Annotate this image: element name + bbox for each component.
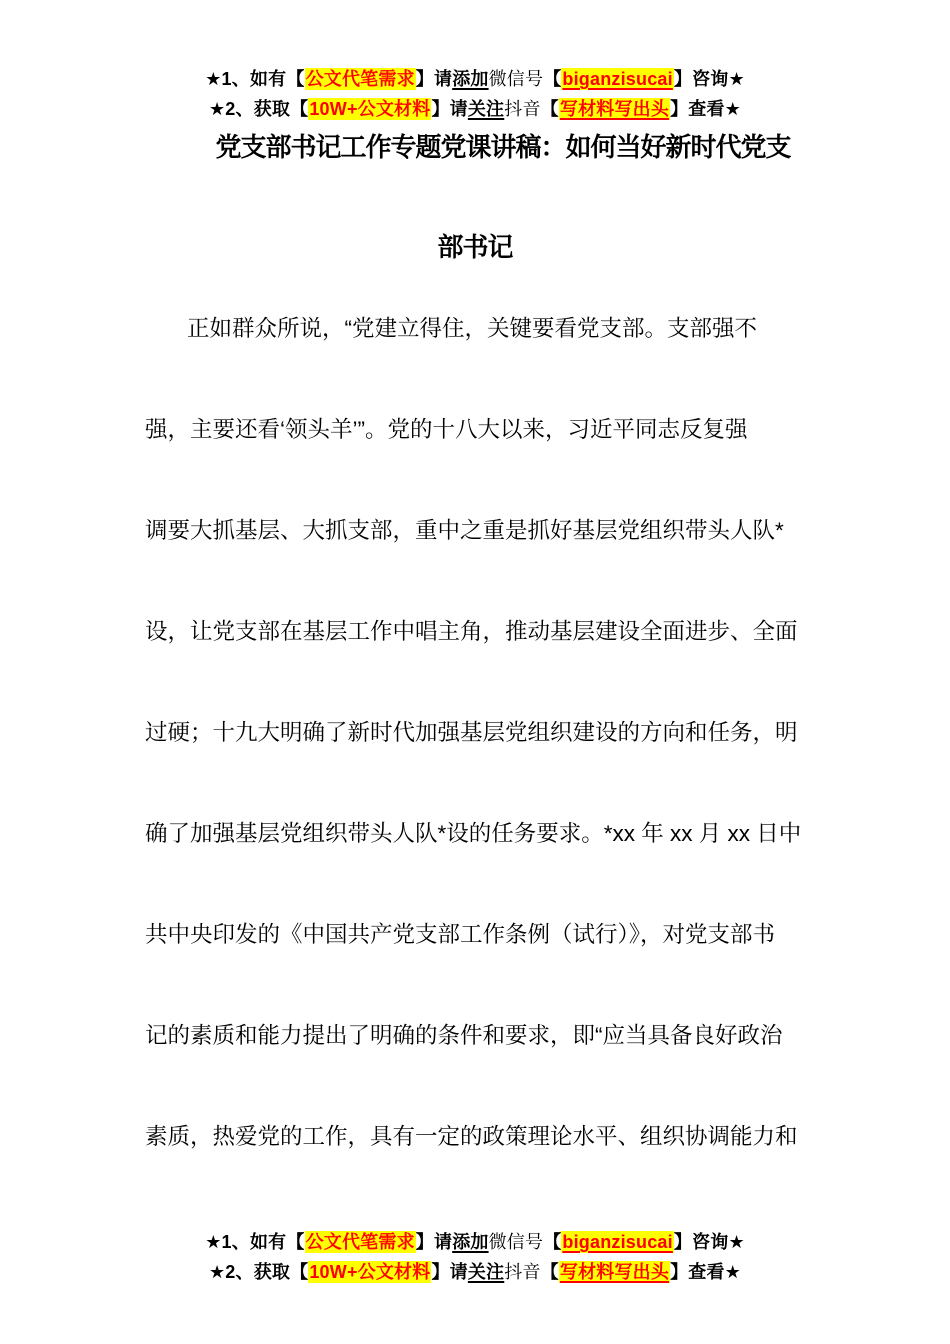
- promo-regular-wechat: 微信号: [489, 69, 544, 89]
- promo-highlight-service: 公文代笔需求: [305, 1231, 416, 1253]
- page-title: 党支部书记工作专题党课讲稿：如何当好新时代党支 部书记: [0, 124, 950, 324]
- page-title-line-1: 党支部书记工作专题党课讲稿：如何当好新时代党支: [0, 124, 950, 224]
- promo-highlight-account: biganzisucai: [561, 1231, 673, 1253]
- document-page: ★1、如有【公文代笔需求】请添加微信号【biganzisucai】咨询★ ★2、…: [0, 0, 950, 1344]
- promo-underlined-add: 添加: [452, 1232, 488, 1252]
- promo-highlight-materials: 10W+公文材料: [308, 1261, 431, 1283]
- promo-suffix: 】咨询★: [674, 69, 745, 89]
- promo-header: ★1、如有【公文代笔需求】请添加微信号【biganzisucai】咨询★ ★2、…: [0, 0, 950, 124]
- promo-regular-wechat: 微信号: [489, 1232, 544, 1252]
- body-line: 调要大抓基层、大抓支部，重中之重是抓好基层党组织带头人队*: [145, 514, 800, 615]
- promo-underlined-follow: 关注: [468, 99, 504, 119]
- body-line: 共中央印发的《中国共产党支部工作条例（试行）》，对党支部书: [145, 918, 800, 1019]
- promo-highlight-service: 公文代笔需求: [305, 68, 416, 90]
- promo-mid: 】请: [416, 1232, 452, 1252]
- body-paragraph: 正如群众所说，“党建立得住，关键要看党支部。支部强不 强，主要还看‘领头羊’”。…: [0, 312, 950, 1221]
- promo-bracket: 【: [541, 1262, 559, 1282]
- promo-suffix: 】查看★: [670, 1262, 741, 1282]
- body-line: 确了加强基层党组织带头人队*设的任务要求。*xx 年 xx 月 xx 日中: [145, 817, 800, 918]
- promo-bracket: 【: [543, 1232, 561, 1252]
- promo-highlight-channel: 写材料写出头: [559, 98, 670, 120]
- body-line: 强，主要还看‘领头羊’”。党的十八大以来，习近平同志反复强: [145, 413, 800, 514]
- promo-suffix: 】查看★: [670, 99, 741, 119]
- promo-highlight-channel: 写材料写出头: [559, 1261, 670, 1283]
- promo-suffix: 】咨询★: [674, 1232, 745, 1252]
- promo-bracket: 【: [541, 99, 559, 119]
- promo-underlined-follow: 关注: [468, 1262, 504, 1282]
- promo-prefix: ★2、获取【: [209, 99, 308, 119]
- promo-header-line-1: ★1、如有【公文代笔需求】请添加微信号【biganzisucai】咨询★: [0, 64, 950, 94]
- promo-prefix: ★2、获取【: [209, 1262, 308, 1282]
- body-line: 过硬；十九大明确了新时代加强基层党组织建设的方向和任务，明: [145, 716, 800, 817]
- promo-mid: 】请: [431, 1262, 467, 1282]
- body-line: 记的素质和能力提出了明确的条件和要求，即“应当具备良好政治: [145, 1019, 800, 1120]
- body-line: 设，让党支部在基层工作中唱主角，推动基层建设全面进步、全面: [145, 615, 800, 716]
- promo-bracket: 【: [543, 69, 561, 89]
- promo-highlight-materials: 10W+公文材料: [308, 98, 431, 120]
- page-title-line-2: 部书记: [0, 224, 950, 324]
- promo-header-line-2: ★2、获取【10W+公文材料】请关注抖音【写材料写出头】查看★: [0, 94, 950, 124]
- promo-mid: 】请: [431, 99, 467, 119]
- promo-mid: 】请: [416, 69, 452, 89]
- promo-prefix: ★1、如有【: [205, 69, 304, 89]
- promo-footer: ★1、如有【公文代笔需求】请添加微信号【biganzisucai】咨询★ ★2、…: [0, 1221, 950, 1287]
- body-line: 正如群众所说，“党建立得住，关键要看党支部。支部强不: [145, 312, 800, 413]
- promo-underlined-add: 添加: [452, 69, 488, 89]
- promo-regular-douyin: 抖音: [504, 1262, 540, 1282]
- promo-prefix: ★1、如有【: [205, 1232, 304, 1252]
- body-line: 素质，热爱党的工作，具有一定的政策理论水平、组织协调能力和: [145, 1120, 800, 1221]
- promo-footer-line-2: ★2、获取【10W+公文材料】请关注抖音【写材料写出头】查看★: [0, 1257, 950, 1287]
- promo-highlight-account: biganzisucai: [561, 68, 673, 90]
- promo-regular-douyin: 抖音: [504, 99, 540, 119]
- promo-footer-line-1: ★1、如有【公文代笔需求】请添加微信号【biganzisucai】咨询★: [0, 1227, 950, 1257]
